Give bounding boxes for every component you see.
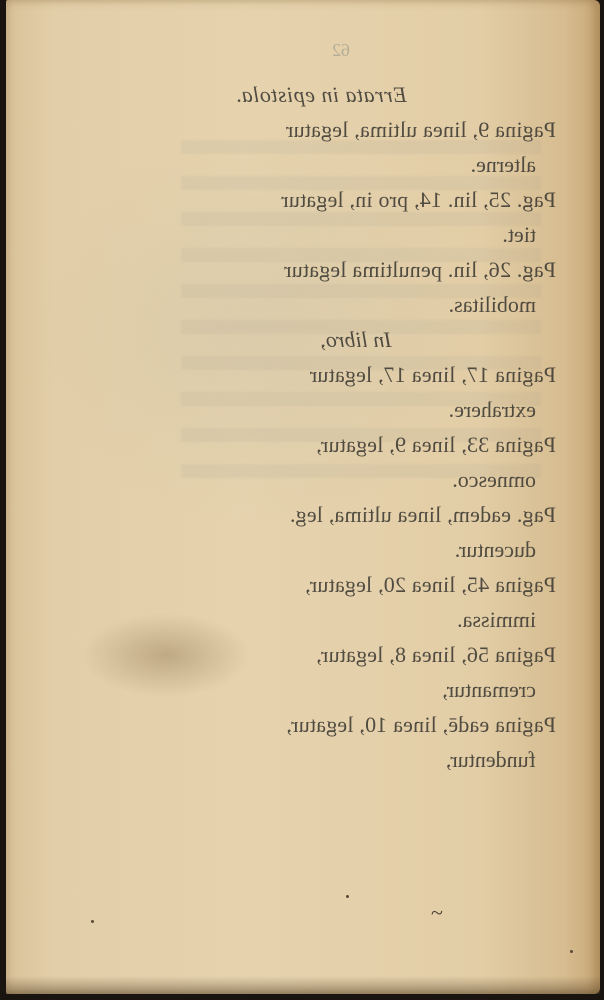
errata-correction: mobilitas. bbox=[186, 287, 556, 322]
errata-text-block: 62 Errata in epistola. Pagina 9, linea u… bbox=[186, 40, 556, 777]
paper-speck bbox=[346, 895, 349, 898]
errata-entry: Pagina eadē, linea 10, legatur, fundentu… bbox=[186, 707, 556, 777]
errata-correction: cremantur, bbox=[186, 672, 556, 707]
tilde-mark: ~ bbox=[431, 900, 443, 926]
errata-location: Pagina 33, linea 9, legatur, bbox=[186, 427, 556, 462]
page-bottom-shadow bbox=[6, 976, 600, 994]
errata-correction: omnesco. bbox=[186, 462, 556, 497]
errata-entry: Pagina 9, linea ultima, legatur alterne. bbox=[186, 112, 556, 182]
errata-location: Pag. 26, lin. penultima legatur bbox=[186, 252, 556, 287]
book-page: 62 Errata in epistola. Pagina 9, linea u… bbox=[6, 0, 600, 994]
errata-correction: alterne. bbox=[186, 147, 556, 182]
errata-location: Pagina 9, linea ultima, legatur bbox=[186, 112, 556, 147]
paper-speck bbox=[570, 950, 573, 953]
paper-speck bbox=[91, 920, 94, 923]
errata-location: Pagina eadē, linea 10, legatur, bbox=[186, 707, 556, 742]
errata-correction: tiet. bbox=[186, 217, 556, 252]
errata-entry: Pag. 25, lin. 14, pro in, legatur tiet. bbox=[186, 182, 556, 252]
section-subheading: In libro, bbox=[186, 322, 556, 357]
page-number: 62 bbox=[186, 40, 556, 78]
errata-location: Pag. 25, lin. 14, pro in, legatur bbox=[186, 182, 556, 217]
errata-entry: Pag. 26, lin. penultima legatur mobilita… bbox=[186, 252, 556, 322]
errata-correction: extrahere. bbox=[186, 392, 556, 427]
errata-location: Pagina 45, linea 20, legatur, bbox=[186, 567, 556, 602]
errata-location: Pagina 17, linea 17, legatur bbox=[186, 357, 556, 392]
errata-correction: ducentur. bbox=[186, 532, 556, 567]
errata-location: Pag. eadem, linea ultima, leg. bbox=[186, 497, 556, 532]
errata-entry: Pagina 45, linea 20, legatur, immissa. bbox=[186, 567, 556, 637]
errata-location: Pagina 56, linea 8, legatur, bbox=[186, 637, 556, 672]
errata-entry: Pagina 17, linea 17, legatur extrahere. bbox=[186, 357, 556, 427]
errata-correction: fundentur, bbox=[186, 742, 556, 777]
errata-correction: immissa. bbox=[186, 602, 556, 637]
errata-heading: Errata in epistola. bbox=[186, 78, 556, 112]
errata-entry: Pagina 56, linea 8, legatur, cremantur, bbox=[186, 637, 556, 707]
errata-entry: Pag. eadem, linea ultima, leg. ducentur. bbox=[186, 497, 556, 567]
errata-entry: Pagina 33, linea 9, legatur, omnesco. bbox=[186, 427, 556, 497]
